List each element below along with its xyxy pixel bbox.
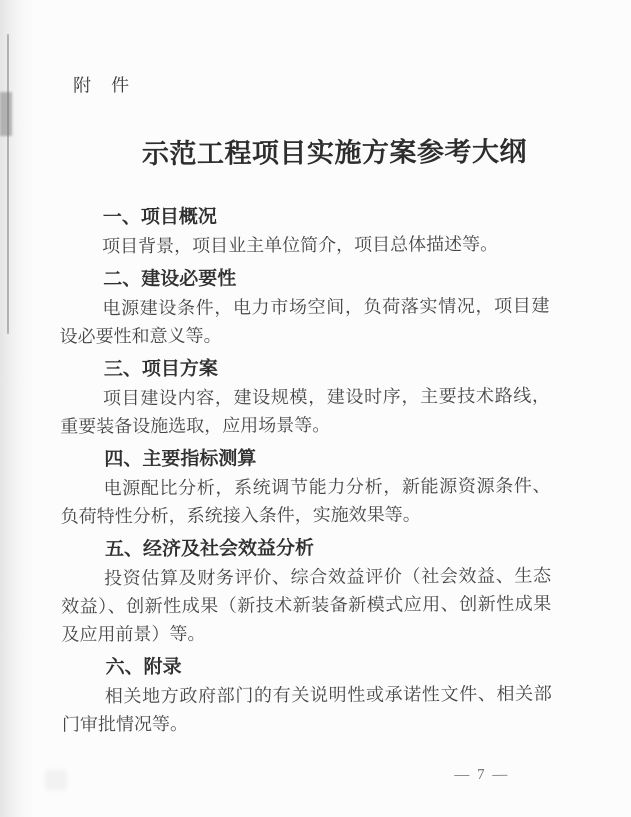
outline-section-4: 四、主要指标测算 电源配比分析，系统调节能力分析，新能源资源条件、负荷特性分析，…: [60, 444, 551, 531]
document-outline: 一、项目概况 项目背景，项目业主单位简介，项目总体描述等。 二、建设必要性 电源…: [59, 202, 552, 739]
outline-section-2: 二、建设必要性 电源建设条件，电力市场空间，负荷落实情况，项目建设必要性和意义等…: [59, 264, 550, 351]
section-body: 项目建设内容，建设规模，建设时序，主要技术路线，重要装备设施选取，应用场景等。: [60, 382, 550, 441]
outline-section-3: 三、项目方案 项目建设内容，建设规模，建设时序，主要技术路线，重要装备设施选取，…: [60, 354, 551, 441]
section-heading: 四、主要指标测算: [60, 444, 550, 475]
outline-section-1: 一、项目概况 项目背景，项目业主单位简介，项目总体描述等。: [59, 202, 549, 261]
section-heading: 六、附录: [62, 652, 552, 683]
section-body: 电源配比分析，系统调节能力分析，新能源资源条件、负荷特性分析，系统接入条件，实施…: [60, 472, 550, 531]
section-body: 项目背景，项目业主单位简介，项目总体描述等。: [59, 230, 549, 261]
page-content: 附 件 示范工程项目实施方案参考大纲 一、项目概况 项目背景，项目业主单位简介，…: [0, 0, 631, 817]
section-heading: 五、经济及社会效益分析: [61, 534, 551, 565]
document-title: 示范工程项目实施方案参考大纲: [86, 129, 582, 171]
section-heading: 三、项目方案: [60, 354, 550, 385]
section-body: 相关地方政府部门的有关说明性或承诺性文件、相关部门审批情况等。: [62, 680, 552, 739]
page-number: — 7 —: [454, 767, 509, 784]
outline-section-5: 五、经济及社会效益分析 投资估算及财务评价、综合效益评价（社会效益、生态效益）、…: [61, 534, 552, 649]
outline-section-6: 六、附录 相关地方政府部门的有关说明性或承诺性文件、相关部门审批情况等。: [62, 652, 553, 739]
section-heading: 一、项目概况: [59, 202, 549, 233]
scanned-document-page: 附 件 示范工程项目实施方案参考大纲 一、项目概况 项目背景，项目业主单位简介，…: [0, 0, 631, 817]
section-body: 投资估算及财务评价、综合效益评价（社会效益、生态效益）、创新性成果（新技术新装备…: [61, 562, 552, 649]
section-body: 电源建设条件，电力市场空间，负荷落实情况，项目建设必要性和意义等。: [59, 292, 549, 351]
section-heading: 二、建设必要性: [59, 264, 549, 295]
attachment-label: 附 件: [73, 71, 130, 97]
